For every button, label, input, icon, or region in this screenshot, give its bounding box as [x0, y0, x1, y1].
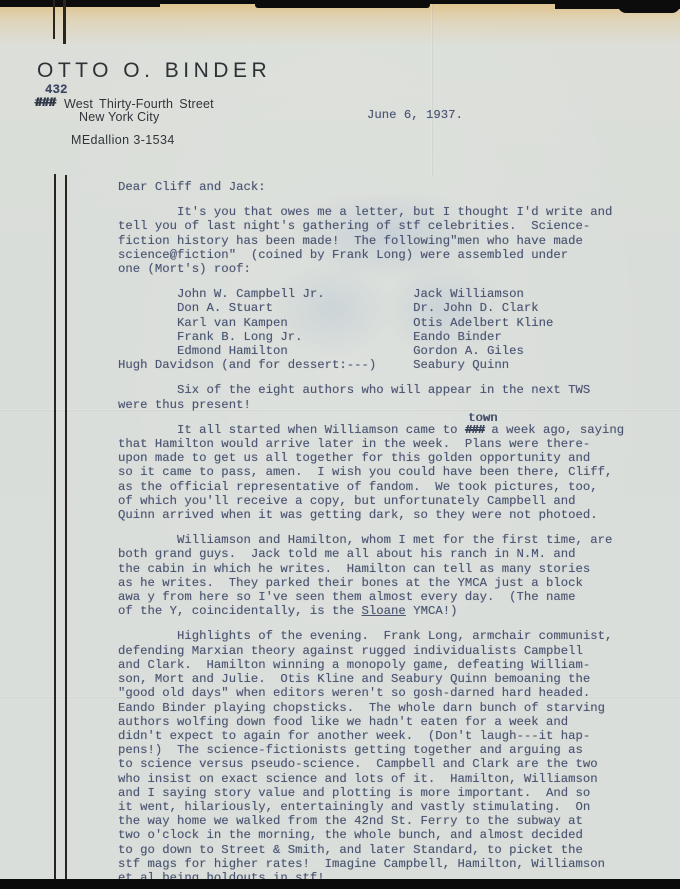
- letterhead-street: West Thirty-Fourth Street: [64, 97, 214, 111]
- letter-line: upon made to get us all together for thi…: [118, 451, 624, 465]
- letter-line: of the Y, coincidentally, is the Sloane …: [118, 604, 624, 618]
- struck-street-number: ###: [35, 95, 55, 110]
- letter-line: it went, hilariously, entertainingly and…: [118, 800, 624, 814]
- letter-line: Six of the eight authors who will appear…: [118, 383, 624, 397]
- letter-paragraphs: Dear Cliff and Jack: It's you that owes …: [118, 180, 624, 885]
- letter-line: science@fiction" (coined by Frank Long) …: [118, 248, 624, 262]
- letter-paragraph: Six of the eight authors who will appear…: [118, 383, 624, 411]
- letter-paragraph: Highlights of the evening. Frank Long, a…: [118, 629, 624, 885]
- letter-line: awa y from here so I've seen them almost…: [118, 590, 624, 604]
- letter-line: Karl van Kampen Otis Adelbert Kline: [118, 316, 624, 330]
- letter-line: stf mags for higher rates! Imagine Campb…: [118, 857, 624, 871]
- scan-edge-top: [255, 0, 430, 8]
- letter-line: to science versus pseudo-science. Campbe…: [118, 757, 624, 771]
- letter-line: pens!) The science-fictionists getting t…: [118, 743, 624, 757]
- letter-line: Dear Cliff and Jack:: [118, 180, 624, 194]
- aged-paper-band: [0, 3, 680, 45]
- letter-line: son, Mort and Julie. Otis Kline and Seab…: [118, 672, 624, 686]
- pen-mark: [54, 174, 56, 881]
- letter-line: and I saying story value and plotting is…: [118, 786, 624, 800]
- letter-line: authors wolfing down food like we hadn't…: [118, 715, 624, 729]
- letter-line: were thus present!: [118, 398, 624, 412]
- typed-insertion: town: [468, 411, 498, 425]
- letter-line: It all started when Williamson came to #…: [118, 423, 624, 437]
- date-line: June 6, 1937.: [367, 108, 463, 122]
- letter-line: as he writes. They parked their bones at…: [118, 576, 624, 590]
- letter-paragraph: Williamson and Hamilton, whom I met for …: [118, 533, 624, 618]
- scan-edge-top: [0, 0, 160, 7]
- scan-edge-bottom: [0, 879, 680, 889]
- letter-line: to go down to Street & Smith, and later …: [118, 843, 624, 857]
- pen-mark: [65, 175, 67, 881]
- letter-line: both grand guys. Jack told me all about …: [118, 547, 624, 561]
- letter-paragraph: John W. Campbell Jr. Jack Williamson Don…: [118, 287, 624, 372]
- letter-line: Highlights of the evening. Frank Long, a…: [118, 629, 624, 643]
- letter-paragraph: It all started when Williamson came to #…: [118, 423, 624, 522]
- letter-paragraph: It's you that owes me a letter, but I th…: [118, 205, 624, 276]
- letterhead-name: OTTO O. BINDER: [37, 59, 271, 83]
- letter-line: two o'clock in the morning, the whole bu…: [118, 828, 624, 842]
- letter-line: the way home we walked from the 42nd St.…: [118, 814, 624, 828]
- letter-paragraph: Dear Cliff and Jack:: [118, 180, 624, 194]
- letter-line: Eando Binder playing chopsticks. The who…: [118, 701, 624, 715]
- letter-line: and Clark. Hamilton winning a monopoly g…: [118, 658, 624, 672]
- letter-line: Hugh Davidson (and for dessert:---) Seab…: [118, 358, 624, 372]
- letter-line: who insist on exact science and lots of …: [118, 772, 624, 786]
- letter-line: Frank B. Long Jr. Eando Binder: [118, 330, 624, 344]
- letter-line: one (Mort's) roof:: [118, 262, 624, 276]
- letter-line: defending Marxian theory against rugged …: [118, 644, 624, 658]
- letter-line: of which you'll receive a copy, but unfo…: [118, 494, 624, 508]
- letter-line: Quinn arrived when it was getting dark, …: [118, 508, 624, 522]
- letter-line: fiction history has been made! The follo…: [118, 234, 624, 248]
- letter-line: didn't expect to again for another week.…: [118, 729, 624, 743]
- letterhead-phone: MEdallion 3-1534: [71, 133, 175, 147]
- letter-line: tell you of last night's gathering of st…: [118, 219, 624, 233]
- pen-mark: [53, 0, 55, 39]
- letter-line: the cabin in which he writes. Hamilton c…: [118, 562, 624, 576]
- letter-line: John W. Campbell Jr. Jack Williamson: [118, 287, 624, 301]
- letter-body: Dear Cliff and Jack: It's you that owes …: [118, 180, 624, 889]
- letter-line: Williamson and Hamilton, whom I met for …: [118, 533, 624, 547]
- letterhead-city: New York City: [79, 110, 159, 124]
- letter-line: It's you that owes me a letter, but I th…: [118, 205, 624, 219]
- letter-line: Don A. Stuart Dr. John D. Clark: [118, 301, 624, 315]
- scan-edge-top: [618, 0, 680, 13]
- letter-line: Edmond Hamilton Gordon A. Giles: [118, 344, 624, 358]
- letter-line: as the official representative of fandom…: [118, 480, 624, 494]
- letter-line: that Hamilton would arrive later in the …: [118, 437, 624, 451]
- paper-crease: [431, 4, 433, 176]
- letter-line: so it came to pass, amen. I wish you cou…: [118, 465, 624, 479]
- pen-mark: [63, 0, 66, 44]
- letter-line: "good old days" when editors weren't so …: [118, 686, 624, 700]
- scanned-letter-page: OTTO O. BINDER 432 ### West Thirty-Fourt…: [0, 0, 680, 889]
